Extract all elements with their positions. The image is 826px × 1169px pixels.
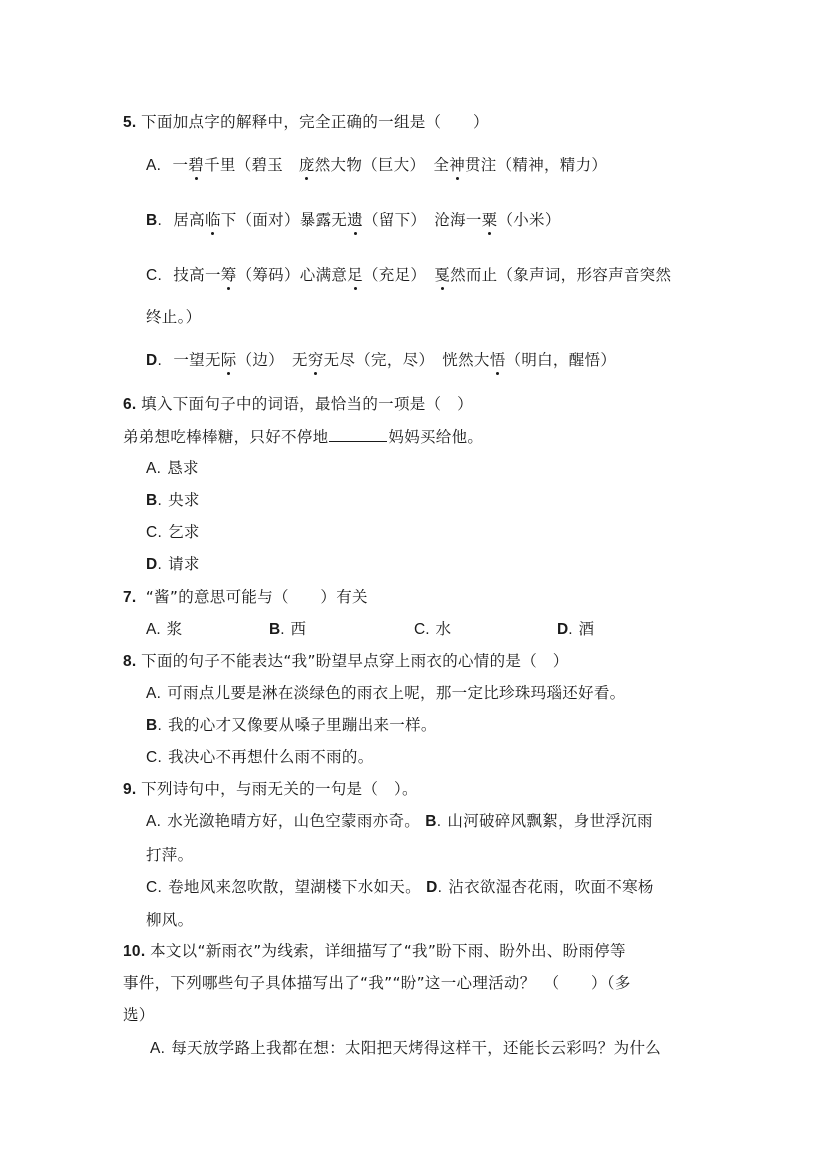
question-5-option-b: B. 居高临下（面对）暴露无遗（留下） 沧海一粟（小米） <box>146 210 561 231</box>
question-7-option-d: D.酒 <box>557 619 594 640</box>
question-9-stem: 9. 下列诗句中，与雨无关的一句是（ ）。 <box>123 779 418 800</box>
question-7-option-b: B.西 <box>269 619 306 640</box>
question-10-stem-line2: 事件，下列哪些句子具体描写出了“我”“盼”这一心理活动？ （ ）（多 <box>123 973 631 993</box>
question-7-option-a: A.浆 <box>146 619 182 640</box>
fill-in-blank[interactable] <box>329 426 387 442</box>
question-7-option-c: C.水 <box>414 619 451 640</box>
question-9-option-b-continued: 打萍。 <box>146 845 193 865</box>
question-5-option-a: A. 一碧千里（碧玉 庞然大物（巨大） 全神贯注（精神，精力） <box>146 155 607 176</box>
question-8-stem: 8. 下面的句子不能表达“我”盼望早点穿上雨衣的心情的是（ ） <box>123 651 569 672</box>
question-9-options-cd: C.卷地风来忽吹散，望湖楼下水如天。 D.沾衣欲湿杏花雨，吹面不寒杨 <box>146 877 654 898</box>
question-8-option-a: A.可雨点儿要是淋在淡绿色的雨衣上呢，那一定比珍珠玛瑙还好看。 <box>146 683 625 704</box>
question-6-option-d: D.请求 <box>146 554 200 575</box>
question-8-option-b: B.我的心才又像要从嗓子里蹦出来一样。 <box>146 715 437 736</box>
question-5-option-d: D. 一望无际（边） 无穷无尽（完，尽） 恍然大悟（明白，醒悟） <box>146 350 616 371</box>
question-10-stem-line1: 10. 本文以“新雨衣”为线索，详细描写了“我”盼下雨、盼外出、盼雨停等 <box>123 941 626 962</box>
question-9-options-ab: A.水光潋艳晴方好，山色空蒙雨亦奇。 B.山河破碎风飘絮，身世浮沉雨 <box>146 811 653 832</box>
question-10-stem-line3: 选） <box>123 1005 155 1025</box>
question-6-option-a: A.恳求 <box>146 458 199 479</box>
question-5-stem: 5. 下面加点字的解释中，完全正确的一组是（ ） <box>123 112 489 133</box>
question-7-stem: 7. “酱”的意思可能与（ ）有关 <box>123 587 368 608</box>
question-6-option-b: B.央求 <box>146 490 200 511</box>
question-6-stem: 6. 填入下面句子中的词语，最恰当的一项是（ ） <box>123 394 473 415</box>
question-5-option-c: C. 技高一筹（筹码）心满意足（充足） 戛然而止（象声词，形容声音突然 <box>146 265 671 286</box>
question-6-option-c: C.乞求 <box>146 522 200 543</box>
question-5-option-c-continued: 终止。） <box>146 307 201 327</box>
question-8-option-c: C.我决心不再想什么雨不雨的。 <box>146 747 374 768</box>
question-9-option-d-continued: 柳风。 <box>146 910 193 930</box>
question-6-sentence: 弟弟想吃棒棒糖，只好不停地妈妈买给他。 <box>123 426 483 447</box>
question-10-option-a: A.每天放学路上我都在想：太阳把天烤得这样干，还能长云彩吗？为什么 <box>150 1038 661 1059</box>
